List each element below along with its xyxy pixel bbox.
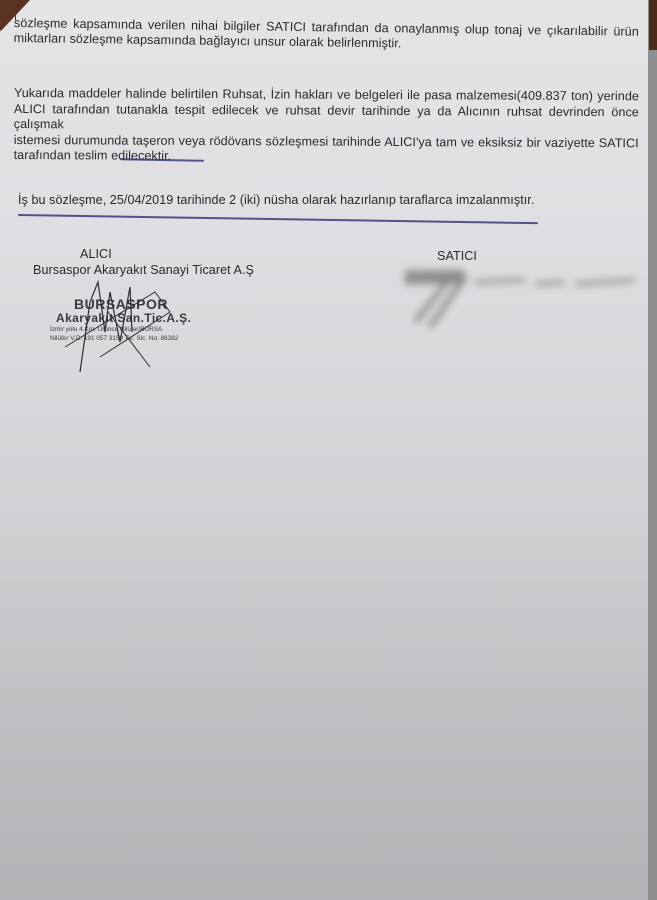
document-page: sözleşme kapsamında verilen nihai bilgil… <box>0 0 648 900</box>
paragraph-line: ALICI tarafından tutanakla tespit edilec… <box>14 101 639 135</box>
paragraph-line: tarafından teslim edilecektir. <box>14 148 639 167</box>
desk-background-right <box>649 0 657 50</box>
paragraph-delivery-terms: Yukarıda maddeler halinde belirtilen Ruh… <box>14 86 639 167</box>
handwritten-underline <box>18 214 538 224</box>
paragraph-tonnage-terms: sözleşme kapsamında verilen nihai bilgil… <box>14 16 639 55</box>
buyer-label: ALICI <box>80 247 112 262</box>
redacted-seller-signature-icon <box>395 262 650 332</box>
buyer-signature-icon <box>60 272 180 382</box>
closing-statement: İş bu sözleşme, 25/04/2019 tarihinde 2 (… <box>18 193 578 208</box>
